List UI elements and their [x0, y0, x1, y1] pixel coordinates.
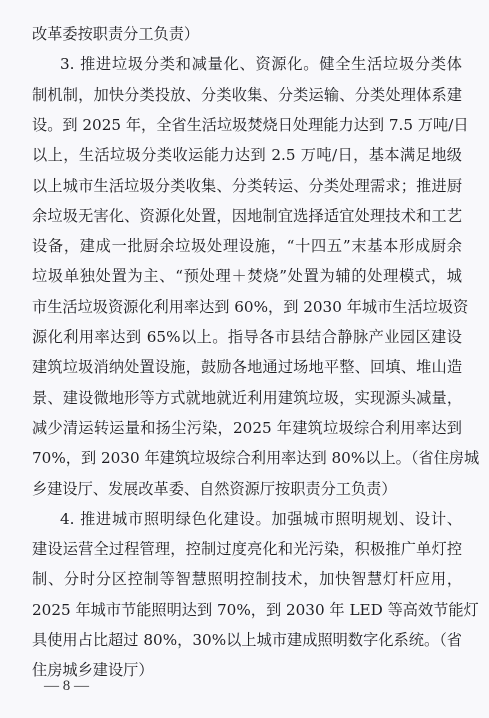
text-line: 垃圾单独处置为主、“预处理＋焚烧”处置为辅的处理模式，城	[32, 266, 462, 286]
text-line: 设备，建成一批厨余垃圾处理设施，“十四五”末基本形成厨余	[32, 236, 462, 256]
text-line: 乡建设厅、发展改革委、自然资源厅按职责分工负责）	[32, 479, 462, 499]
text-line: 设。到 2025 年，全省生活垃圾焚烧日处理能力达到 7.5 万吨/日	[32, 115, 462, 135]
section-4-heading-line: 4. 推进城市照明绿色化建设。加强城市照明规划、设计、	[60, 509, 462, 529]
text-line: 以上城市生活垃圾分类收集、分类转运、分类处理需求；推进厨	[32, 176, 462, 196]
text-line: 源化利用率达到 65%以上。指导各市县结合静脉产业园区建设	[32, 327, 462, 347]
text-line: 制机制，加快分类投放、分类收集、分类运输、分类处理体系建	[32, 85, 462, 105]
text-line: 改革委按职责分工负责）	[32, 24, 462, 44]
text-line: 建设运营全过程管理，控制过度亮化和光污染，积极推广单灯控	[32, 539, 462, 559]
text-line: 2025 年城市节能照明达到 70%，到 2030 年 LED 等高效节能灯	[32, 600, 462, 620]
page-number: — 8 —	[44, 676, 89, 696]
text-line: 景、建设微地形等方式就地就近利用建筑垃圾，实现源头减量，	[32, 388, 462, 408]
document-page: 改革委按职责分工负责） 3. 推进垃圾分类和减量化、资源化。健全生活垃圾分类体 …	[0, 0, 489, 718]
text-line: 具使用占比超过 80%，30%以上城市建成照明数字化系统。（省	[32, 630, 462, 650]
text-line: 余垃圾无害化、资源化处置，因地制宜选择适宜处理技术和工艺	[32, 206, 462, 226]
section-3-heading-line: 3. 推进垃圾分类和减量化、资源化。健全生活垃圾分类体	[60, 54, 462, 74]
text-line: 70%，到 2030 年建筑垃圾综合利用率达到 80%以上。（省住房城	[32, 448, 462, 468]
text-line: 建筑垃圾消纳处置设施，鼓励各地通过场地平整、回填、堆山造	[32, 357, 462, 377]
text-line: 减少清运转运量和扬尘污染，2025 年建筑垃圾综合利用率达到	[32, 418, 462, 438]
text-line: 市生活垃圾资源化利用率达到 60%，到 2030 年城市生活垃圾资	[32, 297, 462, 317]
text-line: 住房城乡建设厅）	[32, 660, 462, 680]
text-line: 制、分时分区控制等智慧照明控制技术，加快智慧灯杆应用，	[32, 569, 462, 589]
text-line: 以上，生活垃圾分类收运能力达到 2.5 万吨/日，基本满足地级	[32, 145, 462, 165]
